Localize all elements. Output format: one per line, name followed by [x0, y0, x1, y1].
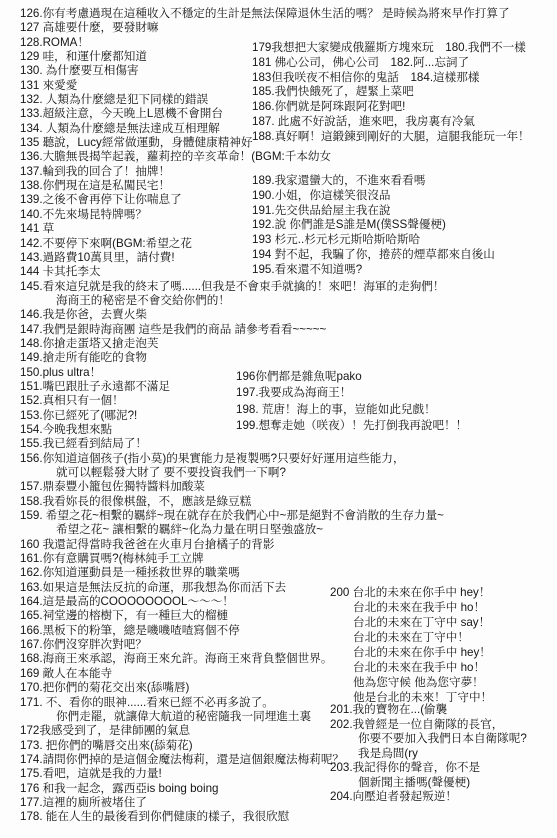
comment-block-196-199: 196你們都是雜魚呢pako197.我要成為海商王！198. 荒唐！海上的事，豈… — [236, 369, 467, 434]
comment-line: 189.我家還蠻大的，不進來看看嗎 — [252, 174, 495, 189]
comment-line: 162.你知道運動員是一種拯救世界的職業嗎 — [20, 566, 550, 580]
comment-line: 他為您守候 他為您守夢！ — [330, 675, 492, 690]
comment-line: 190.小姐，你這樣笑很沒品 — [252, 189, 495, 204]
comment-line: 204.向壓迫者發起叛逆！ — [330, 790, 527, 805]
comment-line: 158.我看妳長的很像棋盤，不，應該是綠豆糕 — [20, 495, 550, 509]
comment-line: 200 台北的未來在你手中 hey！ — [330, 585, 492, 600]
comment-line: 台北的未來在丁守中 say！ — [330, 615, 492, 630]
comment-line: 193 杉元..杉元杉元斯哈斯哈斯哈 — [252, 233, 495, 248]
comment-line: 146.我是你爸，去賣火柴 — [20, 308, 550, 322]
comment-line: 202.我曾經是一位自衛隊的長官， — [330, 718, 527, 733]
comment-line: 187. 此處不好說話，進來吧，我房裏有冷氣 — [252, 115, 530, 130]
comment-block-200: 200 台北的未來在你手中 hey！台北的未來在我手中 ho！台北的未來在丁守中… — [330, 585, 492, 705]
comment-line: 127 高雄要什麼，要發財嘛 — [20, 21, 550, 35]
comment-line: 199.想奪走她（咲夜）！先打倒我再說吧！！ — [236, 418, 467, 434]
comment-line: 你要不要加入我們日本自衛隊呢? — [330, 732, 527, 747]
comment-line: 台北的未來在你手中 hey！ — [330, 645, 492, 660]
comment-line: 195.看來還不知道嗎? — [252, 263, 495, 278]
comment-line: 145.看來這兒就是我的終末了嗎......但我是不會束手就擒的！來吧！海軍的走… — [20, 280, 550, 294]
comment-line: 178. 能在人生的最後看到你們健康的樣子，我很欣慰 — [20, 810, 550, 824]
comment-line: 197.我要成為海商王！ — [236, 385, 467, 401]
comment-line: 159. 希望之花~相繫的羈絆~現在就存在於我們心中~那是絕對不會消散的生存力量… — [20, 509, 550, 523]
comment-line: 136.大膽無畏揭竿起義，蘿莉控的辛亥革命！(BGM:千本幼女 — [20, 150, 550, 164]
comment-line: 147.我們是銀時海商團 這些是我們的商品 請參考看看~~~~~ — [20, 323, 550, 337]
comment-line: 185.我們快餓死了，趕緊上菜吧 — [252, 85, 530, 100]
comment-line: 155.我已經看到結局了！ — [20, 437, 550, 451]
comment-line: 126.你有考慮過現在這種收入不穩定的生計是無法保障退休生活的嗎？ 是時候為將來… — [20, 7, 550, 21]
comment-line: 台北的未來在我手中 ho！ — [330, 660, 492, 675]
comment-line: 160 我還記得當時我爸爸在火車月台搶橘子的背影 — [20, 538, 550, 552]
comment-line: 我是烏間(ry — [330, 747, 527, 762]
comment-line: 201.我的寶物在...(偷襲 — [330, 703, 527, 718]
comment-block-201-204: 201.我的寶物在...(偷襲202.我曾經是一位自衛隊的長官，你要不要加入我們… — [330, 703, 527, 805]
comment-line: 183但我咲夜不相信你的鬼話 184.這樣那樣 — [252, 71, 530, 86]
comment-line: 179我想把大家變成俄羅斯方塊來玩 180.我們不一樣 — [252, 41, 530, 56]
comment-line: 希望之花~ 讓相繫的羈絆~化為力量在明日堅強盛放~ — [20, 523, 550, 537]
comment-line: 台北的未來在丁守中！ — [330, 630, 492, 645]
comment-line: 203.我記得你的聲音，你不是 — [330, 761, 527, 776]
comment-line: 194 對不起，我騙了你，捲菸的煙草都來自後山 — [252, 248, 495, 263]
comment-line: 161.你有意購買嗎?(梅林純手工立牌 — [20, 552, 550, 566]
comment-line: 台北的未來在我手中 ho！ — [330, 600, 492, 615]
comment-line: 個新聞主播嗎(聲優梗) — [330, 776, 527, 791]
comment-line: 186.你們就是阿珠跟阿花對吧! — [252, 100, 530, 115]
comment-line: 海商王的秘密是不會交給你們的！ — [20, 294, 550, 308]
comment-line: 188.真好啊！這鍛鍊到剛好的大腿，這腿我能玩一年！ — [252, 130, 530, 145]
comment-line: 198. 荒唐！海上的事，豈能如此兒戲！ — [236, 402, 467, 418]
comment-line: 196你們都是雜魚呢pako — [236, 369, 467, 385]
comment-line: 192.說 你們誰是S誰是M(僕SS聲優梗) — [252, 218, 495, 233]
comment-line: 149.搶走所有能吃的食物 — [20, 351, 550, 365]
comment-line: 148.你搶走蛋塔又搶走泡芙 — [20, 337, 550, 351]
comment-block-179-188: 179我想把大家變成俄羅斯方塊來玩 180.我們不一樣181 佛心公司，佛心公司… — [252, 41, 530, 145]
comment-line: 191.先交供品給屋主我在說 — [252, 204, 495, 219]
document-page: 126.你有考慮過現在這種收入不穩定的生計是無法保障退休生活的嗎？ 是時候為將來… — [0, 0, 557, 838]
comment-line: 156.你知道這個孩子(指小莫)的果實能力是複製嗎?只要好好運用這些能力， — [20, 452, 550, 466]
comment-line: 157.鼎泰豐小籠包佐獨特醬料加酸菜 — [20, 480, 550, 494]
comment-line: 就可以輕鬆發大財了 要不要投資我們一下啊? — [20, 466, 550, 480]
comment-block-189-195: 189.我家還蠻大的，不進來看看嗎190.小姐，你這樣笑很沒品191.先交供品給… — [252, 174, 495, 278]
comment-line: 181 佛心公司，佛心公司 182.阿...忘詞了 — [252, 56, 530, 71]
